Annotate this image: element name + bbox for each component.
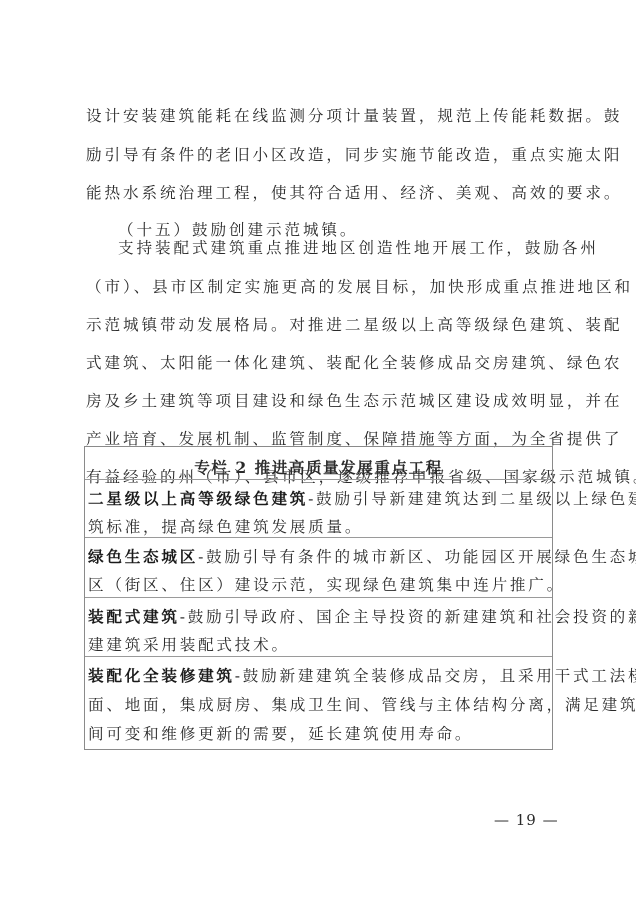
box-row-line: 二星级以上高等级绿色建筑-鼓励引导新建建筑达到二星级以上绿色建 <box>88 489 636 509</box>
box-text: -鼓励引导有条件的城市新区、功能园区开展绿色生态城 <box>198 548 636 566</box>
box-row-line: 建建筑采用装配式技术。 <box>88 635 290 655</box>
box-term: 绿色生态城区 <box>88 547 198 566</box>
box-row-line: 面、地面，集成厨房、集成卫生间、管线与主体结构分离，满足建筑空 <box>88 695 636 715</box>
box-row-line: 筑标准，提高绿色建筑发展质量。 <box>88 517 363 537</box>
box-text: -鼓励引导政府、国企主导投资的新建建筑和社会投资的新 <box>180 608 636 626</box>
box-row-line: 装配化全装修建筑-鼓励新建建筑全装修成品交房，且采用干式工法楼 <box>88 666 636 686</box>
text-line: 设计安装建筑能耗在线监测分项计量装置，规范上传能耗数据。鼓 <box>86 106 622 126</box>
box-text: -鼓励新建建筑全装修成品交房，且采用干式工法楼 <box>235 667 636 685</box>
text-line: 支持装配式建筑重点推进地区创造性地开展工作，鼓励各州 <box>118 238 599 258</box>
page-number: — 19 — <box>494 811 559 829</box>
text-line: （市）、县市区制定实施更高的发展目标，加快形成重点推进地区和 <box>86 277 633 297</box>
text-line: 示范城镇带动发展格局。对推进二星级以上高等级绿色建筑、装配 <box>86 315 622 335</box>
box-row: 二星级以上高等级绿色建筑-鼓励引导新建建筑达到二星级以上绿色建 筑标准，提高绿色… <box>85 479 552 538</box>
box-row-line: 装配式建筑-鼓励引导政府、国企主导投资的新建建筑和社会投资的新 <box>88 607 636 627</box>
text-line: 房及乡土建筑等项目建设和绿色生态示范城区建设成效明显，并在 <box>86 391 622 411</box>
box-row: 装配化全装修建筑-鼓励新建建筑全装修成品交房，且采用干式工法楼 面、地面，集成厨… <box>85 656 552 750</box>
box-row-line: 绿色生态城区-鼓励引导有条件的城市新区、功能园区开展绿色生态城 <box>88 547 636 567</box>
box-term: 装配式建筑 <box>88 607 180 626</box>
box-row: 绿色生态城区-鼓励引导有条件的城市新区、功能园区开展绿色生态城 区（街区、住区）… <box>85 537 552 598</box>
box-row: 装配式建筑-鼓励引导政府、国企主导投资的新建建筑和社会投资的新 建建筑采用装配式… <box>85 597 552 657</box>
box-text: -鼓励引导新建建筑达到二星级以上绿色建 <box>308 490 636 508</box>
text-line: 式建筑、太阳能一体化建筑、装配化全装修成品交房建筑、绿色农 <box>86 353 622 373</box>
box-title: 专栏 2 推进高质量发展重点工程 <box>85 456 552 478</box>
box-row-line: 间可变和维修更新的需要，延长建筑使用寿命。 <box>88 724 473 744</box>
text-line: 能热水系统治理工程，使其符合适用、经济、美观、高效的要求。 <box>86 183 622 203</box>
feature-box-table: 专栏 2 推进高质量发展重点工程 二星级以上高等级绿色建筑-鼓励引导新建建筑达到… <box>84 446 553 750</box>
text-line: 励引导有条件的老旧小区改造，同步实施节能改造，重点实施太阳 <box>86 145 622 165</box>
box-term: 二星级以上高等级绿色建筑 <box>88 489 308 508</box>
section-heading: （十五）鼓励创建示范城镇。 <box>118 220 358 240</box>
box-row-line: 区（街区、住区）建设示范，实现绿色建筑集中连片推广。 <box>88 575 565 595</box>
box-term: 装配化全装修建筑 <box>88 666 235 685</box>
